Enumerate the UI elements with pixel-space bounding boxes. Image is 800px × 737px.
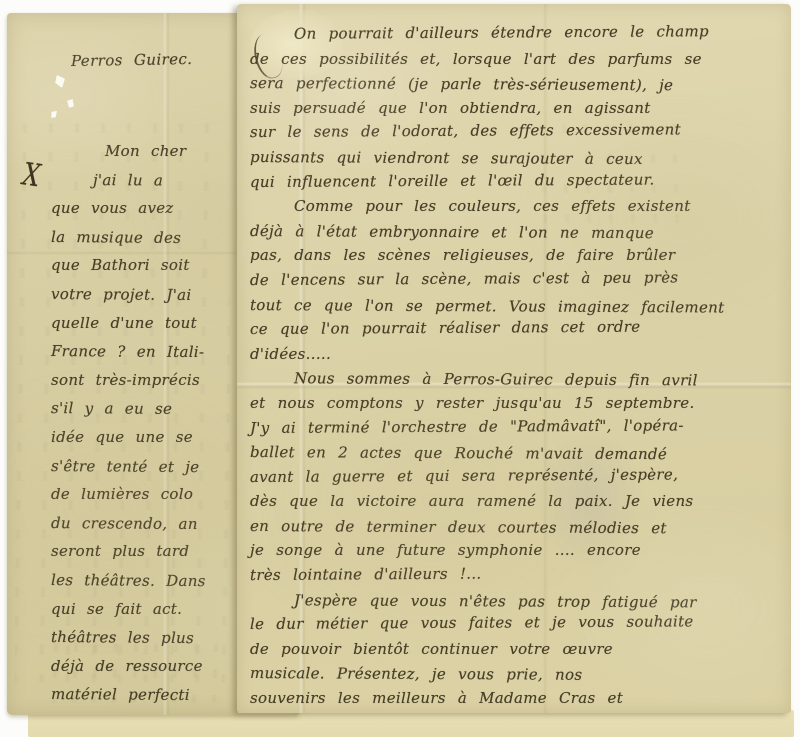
handwritten-line: dès que la victoire aura ramené la paix.… — [250, 489, 784, 514]
handwritten-line: musicale. Présentez, je vous prie, nos — [250, 661, 784, 688]
handwritten-line: le dur métier que vous faites et je vous… — [250, 609, 784, 637]
page-2-text: On pourrait d'ailleurs étendre encore le… — [250, 22, 784, 711]
handwritten-line: avant la guerre et qui sera représenté, … — [250, 461, 784, 489]
handwritten-line: d'idées..... — [250, 342, 784, 367]
dateline: Perros Guirec. — [71, 50, 193, 70]
paper-tear — [51, 111, 57, 118]
handwritten-line: souvenirs les meilleurs à Madame Cras et — [250, 686, 784, 711]
margin-x-mark: X — [21, 156, 43, 194]
handwritten-line: déjà à l'état embryonnaire et l'on ne ma… — [250, 219, 784, 246]
handwritten-line: de pouvoir bientôt continuer votre œuvre — [250, 637, 784, 662]
handwritten-line: ce que l'on pourrait réaliser dans cet o… — [250, 314, 784, 342]
handwritten-line: de l'encens sur la scène, mais c'est à p… — [250, 265, 784, 293]
handwritten-line: sur le sens de l'odorat, des effets exce… — [250, 117, 784, 145]
handwritten-line: Nous sommes à Perros-Guirec depuis fin a… — [250, 366, 784, 393]
handwritten-line: très lointaine d'ailleurs !... — [250, 560, 784, 588]
handwritten-line: sera perfectionné (je parle très-sérieus… — [250, 71, 784, 98]
handwritten-line: en outre de terminer deux courtes mélodi… — [250, 514, 784, 541]
paper-tear — [67, 99, 74, 108]
handwritten-line: On pourrait d'ailleurs étendre encore le… — [250, 19, 784, 47]
handwritten-line: qui influencent l'oreille et l'œil du sp… — [250, 166, 784, 194]
handwritten-line: de ces possibilités et, lorsque l'art de… — [250, 47, 784, 72]
handwritten-line: J'y ai terminé l'orchestre de "Padmâvatî… — [250, 412, 784, 440]
handwritten-line: Comme pour les couleurs, ces effets exis… — [250, 194, 784, 219]
handwritten-line: et nous comptons y rester jusqu'au 15 se… — [250, 391, 784, 416]
paper-tear — [55, 75, 65, 88]
letter-page-2: On pourrait d'ailleurs étendre encore le… — [237, 4, 791, 713]
letter-scan: Perros Guirec. X Mon cher j'ai lu a que … — [0, 0, 800, 737]
